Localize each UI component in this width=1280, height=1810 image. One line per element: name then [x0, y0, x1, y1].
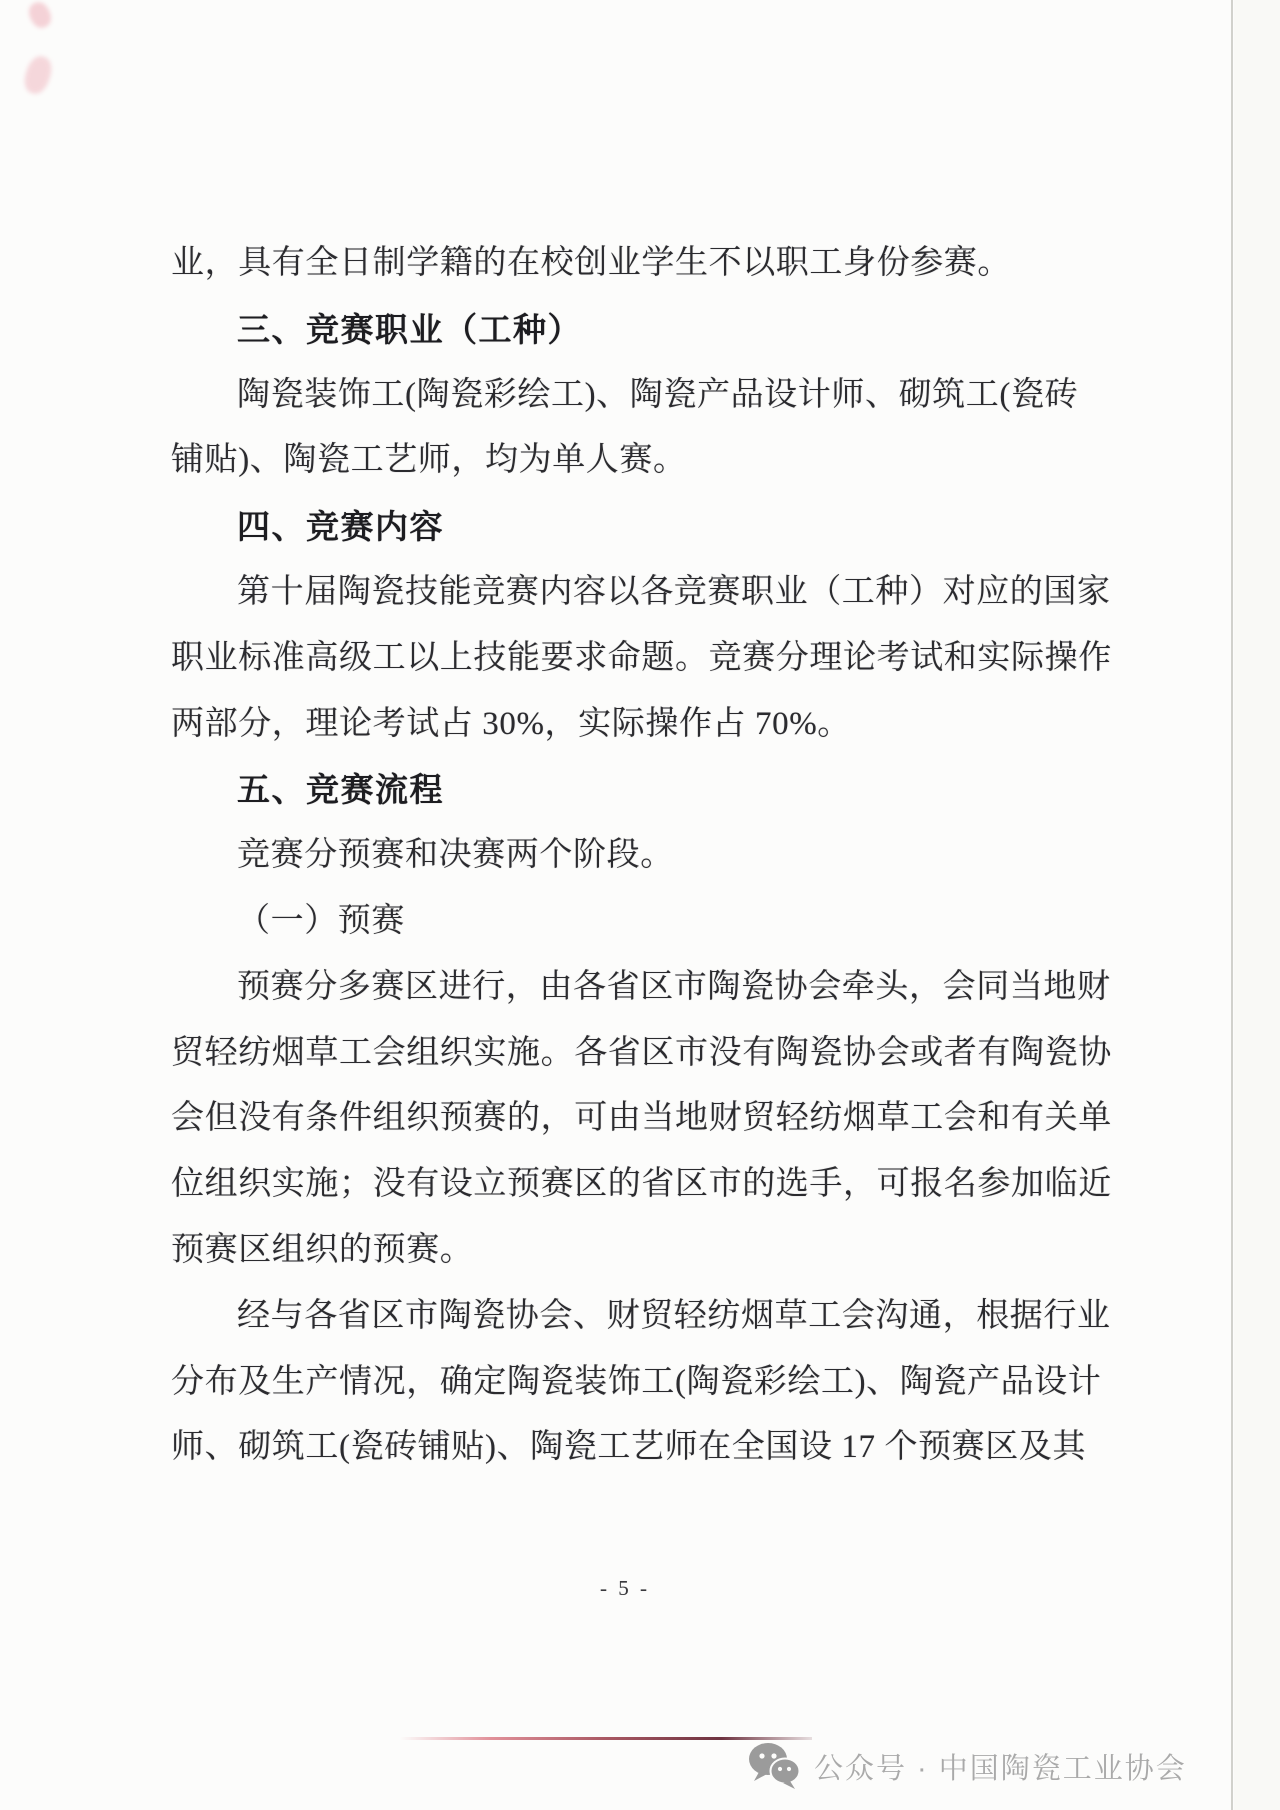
red-scan-mark [21, 53, 56, 97]
wechat-icon [748, 1742, 802, 1790]
red-scan-mark [25, 0, 54, 31]
document-text-line: 业，具有全日制学籍的在校创业学生不以职工身份参赛。 [171, 231, 1081, 297]
document-text-line: 会但没有条件组织预赛的，可由当地财贸轻纺烟草工会和有关单 [171, 1086, 1081, 1152]
document-heading-line: 三、竞赛职业（工种） [171, 297, 1081, 363]
scan-edge-band [1234, 0, 1280, 1810]
document-text-line: 分布及生产情况，确定陶瓷装饰工(陶瓷彩绘工)、陶瓷产品设计 [171, 1350, 1081, 1416]
document-lines: 业，具有全日制学籍的在校创业学生不以职工身份参赛。三、竞赛职业（工种）陶瓷装饰工… [171, 231, 1081, 1481]
document-text-line: 预赛区组织的预赛。 [171, 1218, 1081, 1284]
document-heading-line: 五、竞赛流程 [171, 757, 1081, 823]
document-text-line: 师、砌筑工(瓷砖铺贴)、陶瓷工艺师在全国设 17 个预赛区及其 [171, 1415, 1081, 1481]
scanned-document-page: 业，具有全日制学籍的在校创业学生不以职工身份参赛。三、竞赛职业（工种）陶瓷装饰工… [0, 0, 1280, 1810]
document-text-line: 职业标准高级工以上技能要求命题。竞赛分理论考试和实际操作 [171, 626, 1081, 692]
footer-accent-line [400, 1737, 812, 1740]
document-heading-line: 四、竞赛内容 [171, 494, 1081, 560]
document-text-line: （一）预赛 [171, 889, 1081, 955]
wechat-watermark-label: 公众号 · 中国陶瓷工业协会 [814, 1746, 1187, 1787]
document-text-line: 贸轻纺烟草工会组织实施。各省区市没有陶瓷协会或者有陶瓷协 [171, 1021, 1081, 1087]
document-text-line: 第十届陶瓷技能竞赛内容以各竞赛职业（工种）对应的国家 [171, 560, 1081, 626]
document-text-line: 竞赛分预赛和决赛两个阶段。 [171, 823, 1081, 889]
scan-edge-line [1231, 0, 1233, 1810]
page-number: - 5 - [0, 1576, 1250, 1601]
document-text-line: 预赛分多赛区进行，由各省区市陶瓷协会牵头，会同当地财 [171, 955, 1081, 1021]
document-text-line: 两部分，理论考试占 30%，实际操作占 70%。 [171, 692, 1081, 758]
document-text-line: 位组织实施；没有设立预赛区的省区市的选手，可报名参加临近 [171, 1152, 1081, 1218]
wechat-watermark: 公众号 · 中国陶瓷工业协会 [748, 1742, 1187, 1790]
document-text-line: 经与各省区市陶瓷协会、财贸轻纺烟草工会沟通，根据行业 [171, 1284, 1081, 1350]
document-text-line: 铺贴)、陶瓷工艺师，均为单人赛。 [171, 428, 1081, 494]
document-text-line: 陶瓷装饰工(陶瓷彩绘工)、陶瓷产品设计师、砌筑工(瓷砖 [171, 363, 1081, 429]
